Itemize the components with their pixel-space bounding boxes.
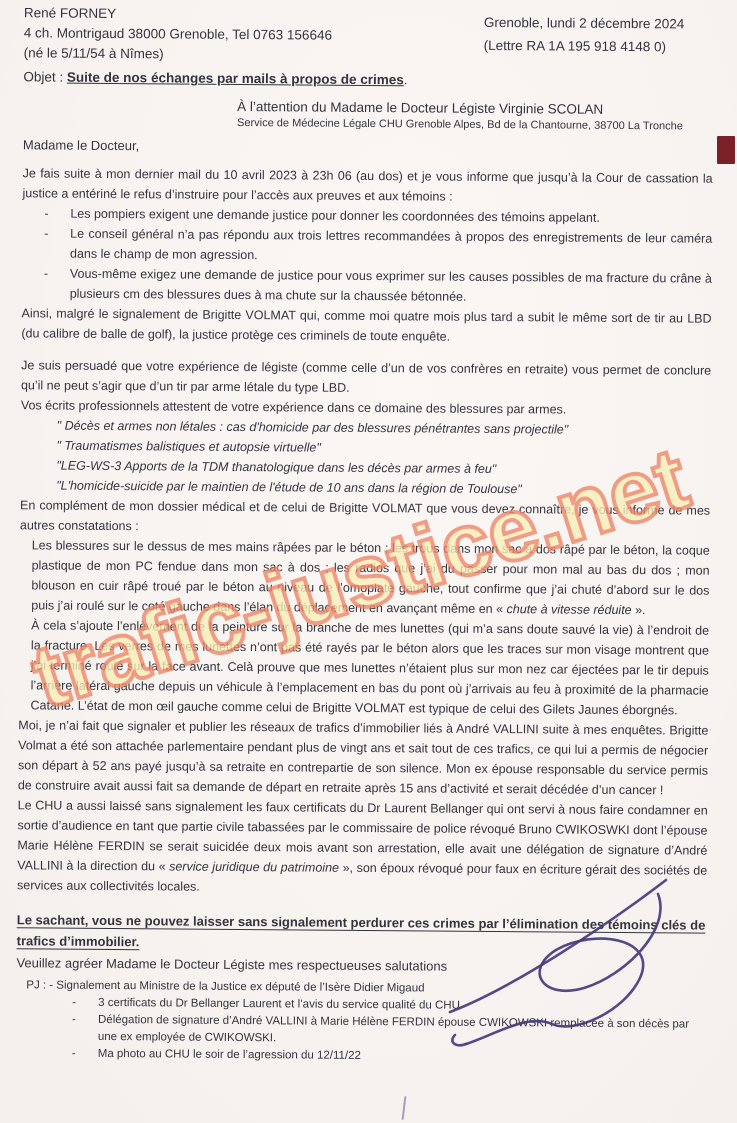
registered-letter-ref: (Lettre RA 1A 195 918 4148 0) [484,34,685,59]
paragraph-blessures-end: ». [632,603,646,617]
dateline-block: Grenoble, lundi 2 décembre 2024 (Lettre … [484,11,685,59]
bullet-dash: - [44,203,70,223]
publication-quotes: " Décès et armes non létales : cas d'hom… [56,416,711,501]
bullet-item: - Le conseil général n’a pas répondu aux… [22,223,712,268]
redaction-mark [717,136,735,164]
quote-service-juridique: service juridique du patrimoine [169,859,339,874]
pj-item: - Délégation de signature d’André VALLIN… [58,1012,706,1051]
pj-block: PJ : - Signalement au Ministre de la Jus… [26,977,707,1067]
bullet-dash: - [44,263,70,303]
paragraph-persuade: Je suis persuadé que votre expérience de… [21,355,711,400]
subject-label: Objet : [23,69,67,84]
paragraph-trafics: Moi, je n’ai fait que signaler et publie… [18,715,709,800]
paragraph-lunettes: À cela s’ajoute l’enlèvement de la peint… [30,615,709,720]
letter-content: René FORNEY 4 ch. Montrigaud 38000 Greno… [16,3,714,1067]
valediction: Veuillez agréer Madame le Docteur Légist… [16,952,706,978]
scanned-letter-page: René FORNEY 4 ch. Montrigaud 38000 Greno… [0,0,737,1123]
pj-dash: - [72,995,98,1012]
bullet-text: Vous-même exigez une demande de justice … [70,264,712,309]
bullet-dash: - [44,223,70,263]
subject-line: Objet : Suite de nos échanges par mails … [23,66,713,93]
paragraph-chu: Le CHU a aussi laissé sans signalement l… [17,795,708,900]
paragraph-intro: Je fais suite à mon dernier mail du 10 a… [22,163,712,208]
bullet-list: - Les pompiers exigent une demande justi… [22,203,713,308]
subject-period: . [404,72,408,87]
service-address-line: Service de Médecine Légale CHU Grenoble … [237,116,713,134]
pj-item-text: Délégation de signature d’André VALLINI … [98,1012,706,1051]
quote-chute: chute à vitesse réduite [507,602,632,617]
date-line: Grenoble, lundi 2 décembre 2024 [484,11,685,36]
bullet-item: - Vous-même exigez une demande de justic… [22,263,712,308]
pj-dash: - [72,1046,98,1063]
closing-statement: Le sachant, vous ne pouvez laisser sans … [17,909,707,956]
pen-stray-mark [402,1096,407,1120]
recipient-block: À l’attention du Madame le Docteur Légis… [237,98,713,134]
bullet-text: Le conseil général n’a pas répondu aux t… [70,224,712,269]
pj-item-text: Ma photo au CHU le soir de l’agression d… [98,1046,706,1068]
paragraph-ainsi: Ainsi, malgré le signalement de Brigitte… [21,303,711,348]
paragraph-complement: En complément de mon dossier médical et … [20,495,710,540]
paragraph-blessures: Les blessures sur le dessus de mes mains… [31,535,710,620]
salutation: Madame le Docteur, [23,135,713,160]
subject-text: Suite de nos échanges par mails à propos… [67,70,404,88]
pj-dash: - [72,1012,98,1046]
